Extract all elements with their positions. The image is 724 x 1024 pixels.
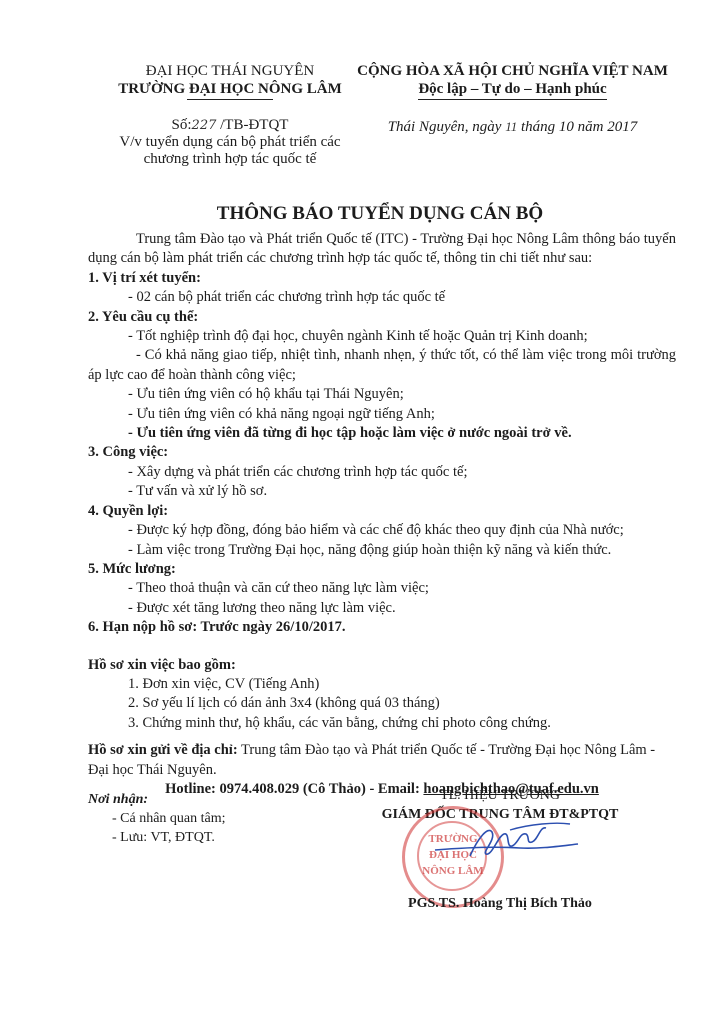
section-item: - Xây dựng và phát triển các chương trìn… <box>88 463 676 482</box>
signer-authority: TL. HIỆU TRƯỞNG <box>380 786 620 805</box>
section-item: - Được xét tăng lương theo năng lực làm … <box>88 599 676 618</box>
issuer-header: ĐẠI HỌC THÁI NGUYÊN TRƯỜNG ĐẠI HỌC NÔNG … <box>80 62 380 100</box>
spacer <box>88 733 676 741</box>
handwritten-signature-icon <box>430 818 580 868</box>
national-motto: Độc lập – Tự do – Hạnh phúc <box>418 80 606 100</box>
document-number-block: Số:227 /TB-ĐTQT V/v tuyển dụng cán bộ ph… <box>80 117 380 168</box>
section-item: - Làm việc trong Trường Đại học, năng độ… <box>88 541 676 560</box>
number-prefix: Số: <box>172 117 192 133</box>
address-paragraph: Hồ sơ xin gửi về địa chỉ: Trung tâm Đào … <box>88 741 676 780</box>
documents-heading: Hồ sơ xin việc bao gồm: <box>88 656 676 675</box>
subject-line-2: chương trình hợp tác quốc tế <box>80 151 380 168</box>
date-suffix: tháng 10 năm 2017 <box>517 119 637 135</box>
recipient-item: - Lưu: VT, ĐTQT. <box>88 828 328 847</box>
school-name: TRƯỜNG ĐẠI HỌC NÔNG LÂM <box>80 80 380 98</box>
section-heading: 3. Công việc: <box>88 443 676 462</box>
section-heading: 5. Mức lương: <box>88 560 676 579</box>
section-item: - Ưu tiên ứng viên có khả năng ngoại ngữ… <box>88 405 676 424</box>
section-item: - Có khả năng giao tiếp, nhiệt tình, nha… <box>88 346 676 385</box>
handwritten-number: 227 <box>192 118 217 133</box>
documents-item: 2. Sơ yếu lí lịch có dán ảnh 3x4 (không … <box>88 694 676 713</box>
section-heading: 4. Quyền lợi: <box>88 502 676 521</box>
section-item: - Được ký hợp đồng, đóng bảo hiểm và các… <box>88 521 676 540</box>
address-label: Hồ sơ xin gửi về địa chỉ: <box>88 742 238 758</box>
recipient-item: - Cá nhân quan tâm; <box>88 809 328 828</box>
section-item: - 02 cán bộ phát triển các chương trình … <box>88 288 676 307</box>
section-heading: 1. Vị trí xét tuyển: <box>88 269 676 288</box>
documents-item: 1. Đơn xin việc, CV (Tiếng Anh) <box>88 675 676 694</box>
section-item: - Tư vấn và xử lý hồ sơ. <box>88 482 676 501</box>
document-number: Số:227 /TB-ĐTQT <box>80 117 380 134</box>
section-item: - Theo thoả thuận và căn cứ theo năng lự… <box>88 579 676 598</box>
date-prefix: Thái Nguyên, ngày <box>388 119 506 135</box>
spacer <box>88 638 676 656</box>
deadline-heading: 6. Hạn nộp hồ sơ: Trước ngày 26/10/2017. <box>88 618 676 637</box>
signature-block: TL. HIỆU TRƯỞNG GIÁM ĐỐC TRUNG TÂM ĐT&PT… <box>380 786 620 824</box>
signer-name: PGS.TS. Hoàng Thị Bích Thảo <box>380 894 620 913</box>
document-body: Trung tâm Đào tạo và Phát triển Quốc tế … <box>88 230 676 799</box>
document-date: Thái Nguyên, ngày 11 tháng 10 năm 2017 <box>345 118 680 136</box>
section-item: - Tốt nghiệp trình độ đại học, chuyên ng… <box>88 327 676 346</box>
intro-paragraph: Trung tâm Đào tạo và Phát triển Quốc tế … <box>88 230 676 269</box>
national-title: CỘNG HÒA XÃ HỘI CHỦ NGHĨA VIỆT NAM <box>345 62 680 80</box>
documents-item: 3. Chứng minh thư, hộ khẩu, các văn bằng… <box>88 714 676 733</box>
section-heading: 2. Yêu cầu cụ thể: <box>88 308 676 327</box>
recipients-heading: Nơi nhận: <box>88 790 328 809</box>
number-suffix: /TB-ĐTQT <box>216 117 288 133</box>
section-item: - Ưu tiên ứng viên có hộ khẩu tại Thái N… <box>88 385 676 404</box>
header-underline <box>187 99 273 100</box>
handwritten-day: 11 <box>505 119 517 134</box>
document-title: THÔNG BÁO TUYỂN DỤNG CÁN BỘ <box>80 203 680 225</box>
subject-line-1: V/v tuyển dụng cán bộ phát triển các <box>80 134 380 151</box>
section-item: - Ưu tiên ứng viên đã từng đi học tập ho… <box>88 424 676 443</box>
university-name: ĐẠI HỌC THÁI NGUYÊN <box>80 62 380 80</box>
national-header: CỘNG HÒA XÃ HỘI CHỦ NGHĨA VIỆT NAM Độc l… <box>345 62 680 100</box>
recipients-block: Nơi nhận: - Cá nhân quan tâm; - Lưu: VT,… <box>88 790 328 847</box>
